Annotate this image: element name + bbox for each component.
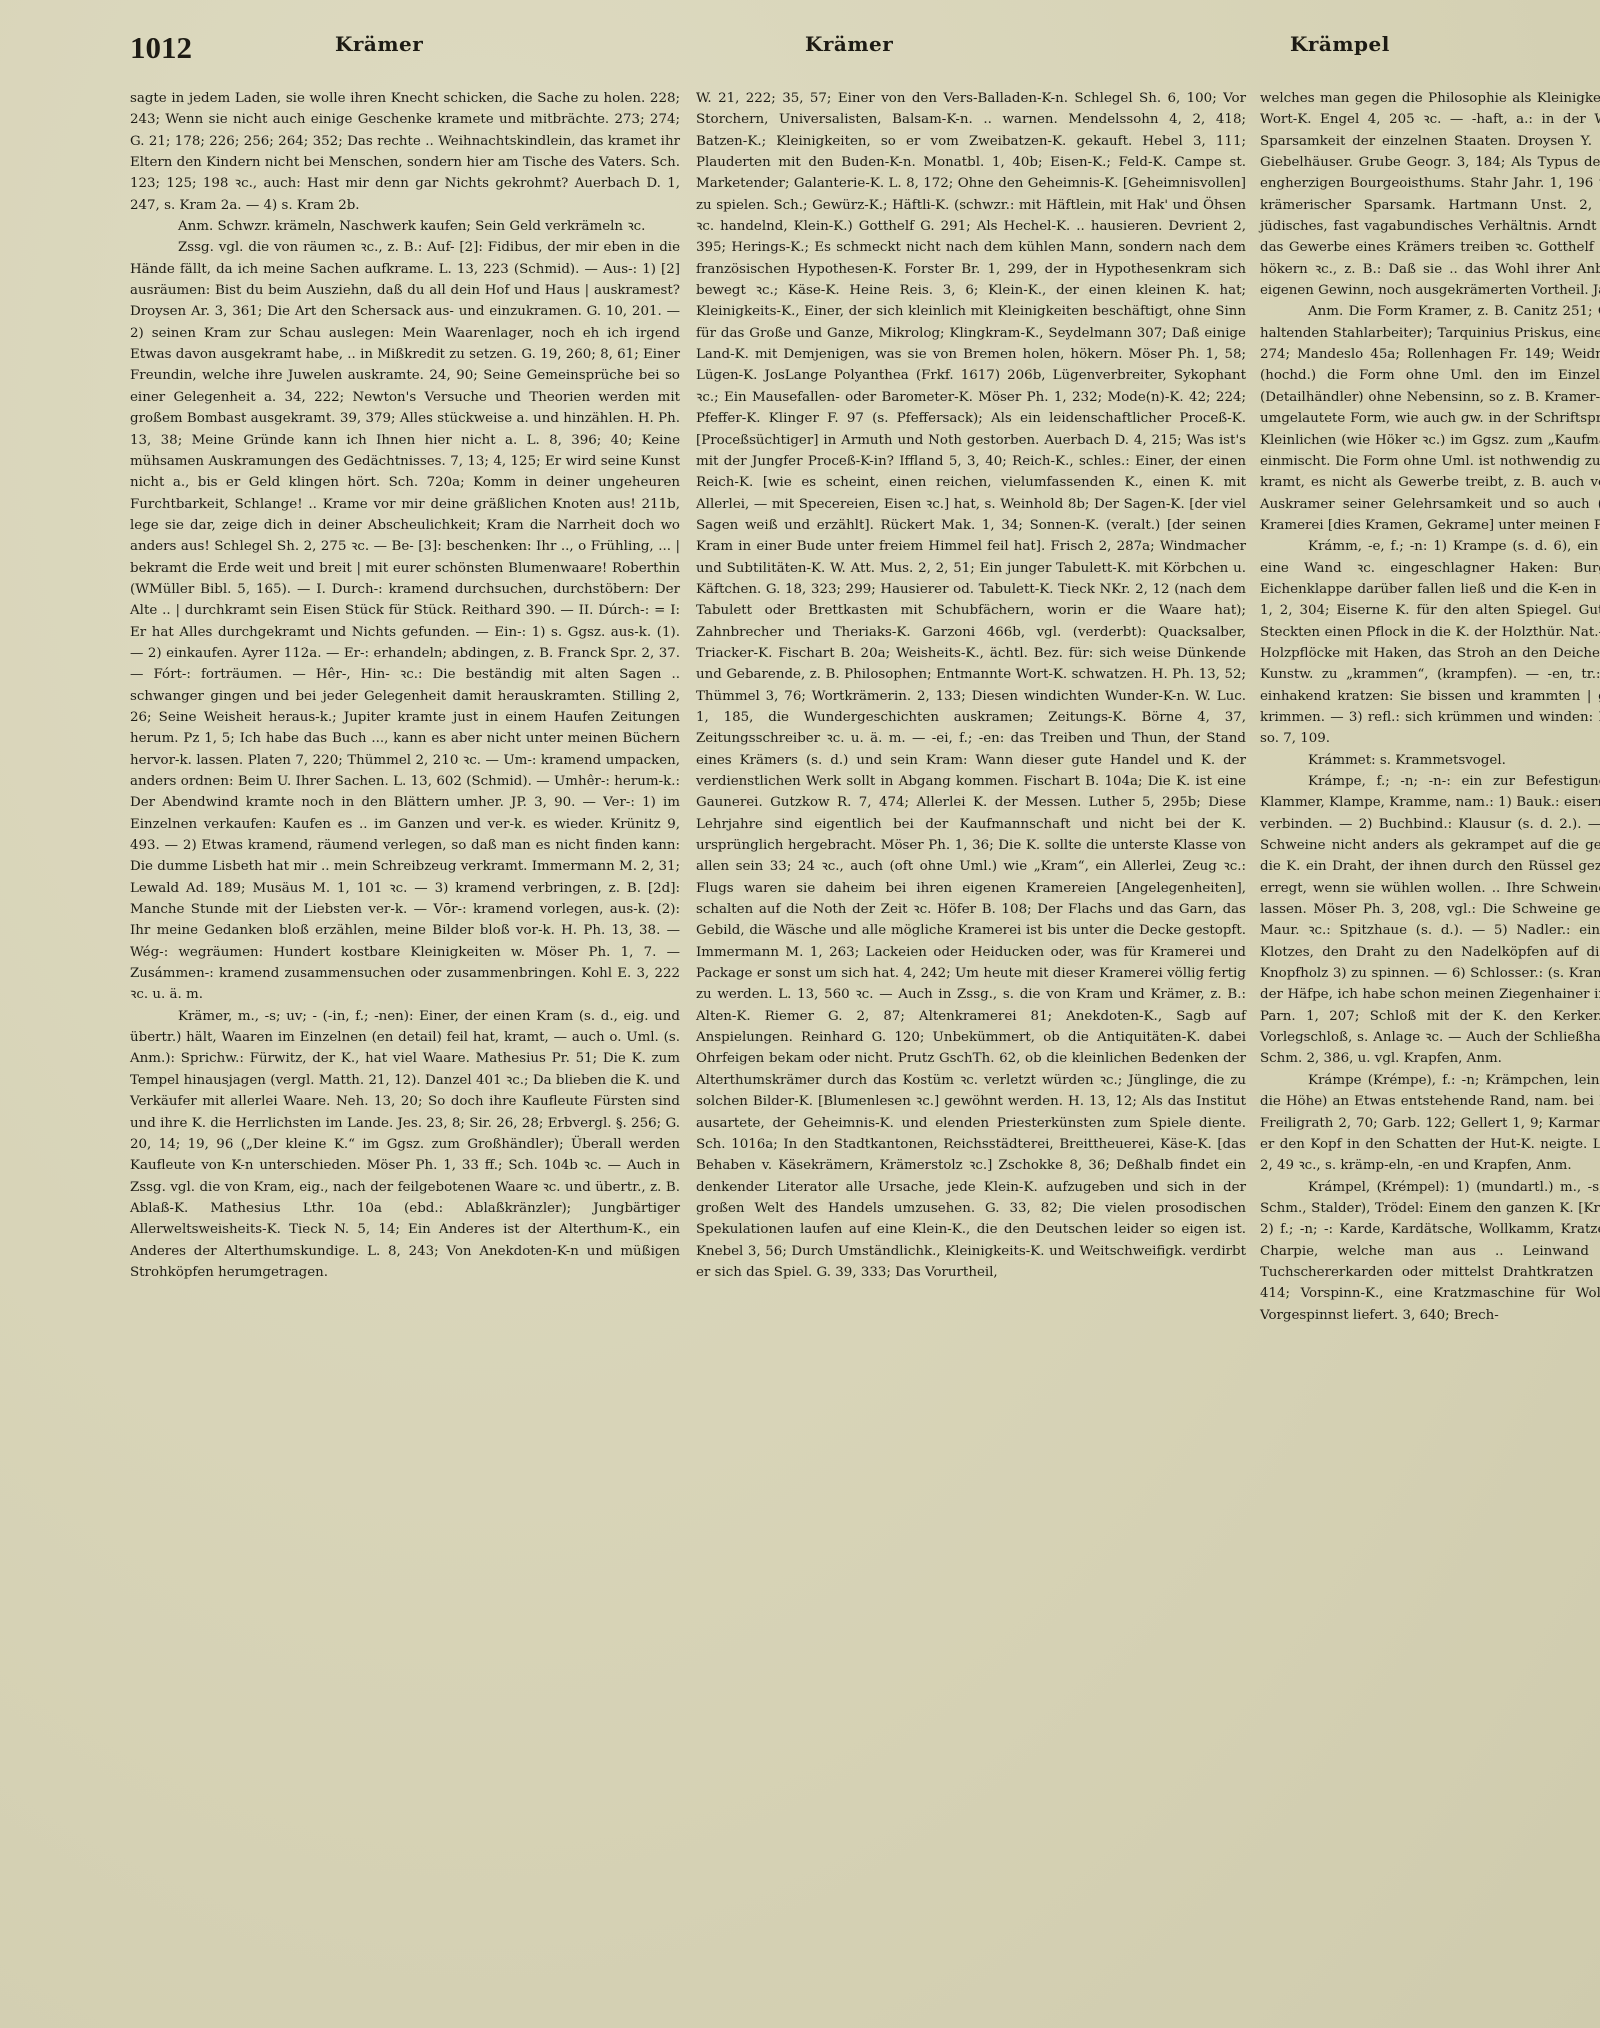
paragraph: W. 21, 222; 35, 57; Einer von den Vers-B… xyxy=(696,88,1246,1283)
entry-krampel: Krámpel, (Krémpel): 1) (mundartl.) m., -… xyxy=(1260,1177,1600,1326)
page-number: 1012 xyxy=(130,30,192,66)
paragraph-note: Anm. Die Form Kramer, z. B. Canitz 251; … xyxy=(1260,301,1600,536)
column-1: sagte in jedem Laden, sie wolle ihren Kn… xyxy=(130,88,680,1283)
entry-kraemer: Krämer, m., -s; uv; - (-in, f.; -nen): E… xyxy=(130,1006,680,1283)
paragraph: welches man gegen die Philosophie als Kl… xyxy=(1260,88,1600,301)
running-head-center: Krämer xyxy=(805,32,893,56)
paragraph-compounds: Zssg. vgl. die von räumen ꝛc., z. B.: Au… xyxy=(130,237,680,1005)
paragraph: sagte in jedem Laden, sie wolle ihren Kn… xyxy=(130,88,680,216)
running-head-left: Krämer xyxy=(335,32,423,56)
column-2: W. 21, 222; 35, 57; Einer von den Vers-B… xyxy=(696,88,1246,1283)
entry-krammet: Krámmet: s. Krammetsvogel. xyxy=(1260,750,1600,771)
paragraph-note: Anm. Schwzr. krämeln, Naschwerk kaufen; … xyxy=(130,216,680,237)
column-3: welches man gegen die Philosophie als Kl… xyxy=(1260,88,1600,1326)
entry-kramm: Krámm, -e, f.; -n: 1) Krampe (s. d. 6), … xyxy=(1260,536,1600,749)
dictionary-columns: sagte in jedem Laden, sie wolle ihren Kn… xyxy=(130,88,1570,1988)
entry-krampe-rand: Krámpe (Krémpe), f.: -n; Krämpchen, lein… xyxy=(1260,1070,1600,1177)
running-head-right: Krämpel xyxy=(1290,32,1390,56)
page-header: 1012 Krämer Krämer Krämpel xyxy=(130,30,1560,70)
entry-krampe: Krámpe, f.; -n; -n-: ein zur Befestigung… xyxy=(1260,771,1600,1070)
